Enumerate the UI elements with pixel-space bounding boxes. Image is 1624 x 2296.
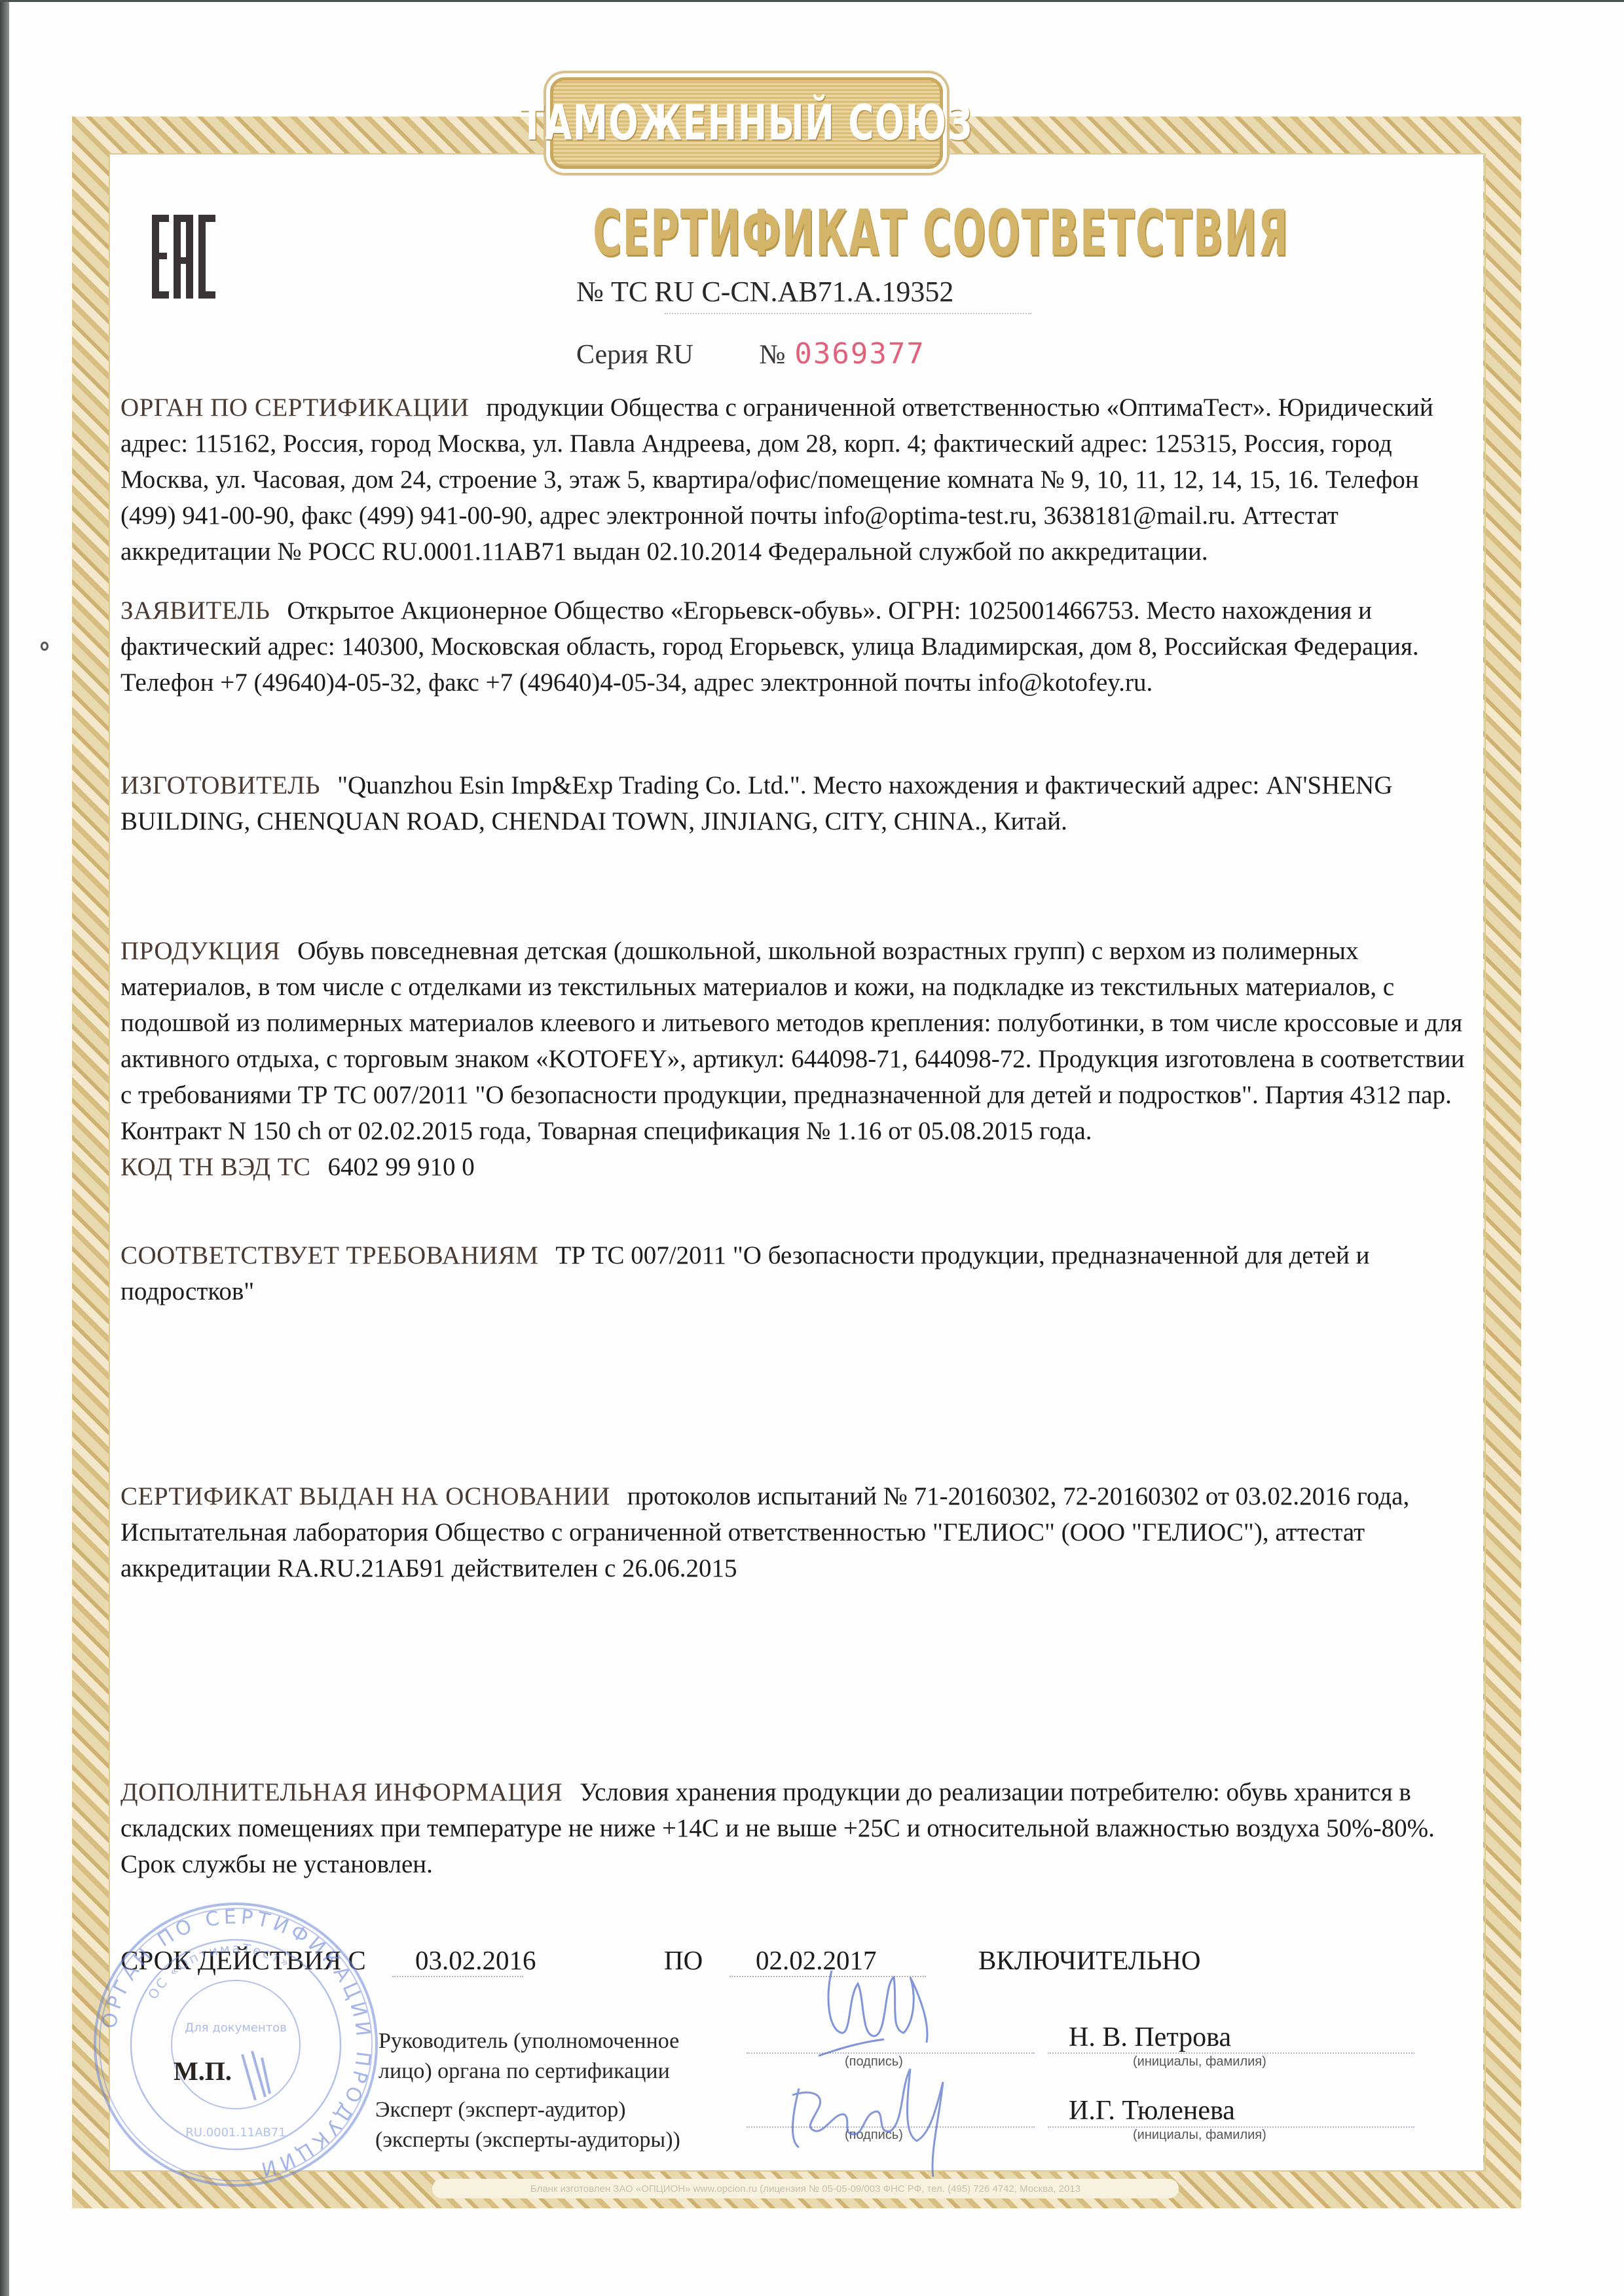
validity-date-to: 02.02.2017 bbox=[756, 1944, 877, 1976]
certificate-number: № ТСRU C-CN.AB71.A.19352 bbox=[576, 275, 953, 308]
scan-edge-top bbox=[0, 0, 1624, 2]
section-heading: ЗАЯВИТЕЛЬ bbox=[120, 596, 270, 625]
expert-role-line1: Эксперт (эксперт-аудитор) bbox=[375, 2095, 680, 2125]
eac-letter-e bbox=[152, 215, 168, 299]
section-certification-body: ОРГАН ПО СЕРТИФИКАЦИИпродукции Общества … bbox=[120, 390, 1476, 570]
validity-from-label: СРОК ДЕЙСТВИЯ С bbox=[120, 1944, 366, 1976]
expert-role-line2: (эксперты (эксперты-аудиторы)) bbox=[375, 2125, 680, 2155]
head-signature-line bbox=[747, 2052, 1035, 2054]
section-additional-info: ДОПОЛНИТЕЛЬНАЯ ИНФОРМАЦИЯУсловия хранени… bbox=[120, 1774, 1476, 1882]
head-name: Н. В. Петрова bbox=[1069, 2022, 1231, 2053]
validity-from-underline bbox=[392, 1976, 523, 1977]
validity-suffix: ВКЛЮЧИТЕЛЬНО bbox=[978, 1944, 1200, 1976]
certificate-number-value: RU C-CN.AB71.A.19352 bbox=[654, 276, 953, 308]
section-heading: КОД ТН ВЭД ТС bbox=[120, 1153, 311, 1181]
document-title: СЕРТИФИКАТ СООТВЕТСТВИЯ bbox=[593, 196, 1031, 270]
validity-date-from: 03.02.2016 bbox=[415, 1944, 536, 1976]
section-heading: ИЗГОТОВИТЕЛЬ bbox=[120, 771, 320, 799]
stamp-placeholder-label: М.П. bbox=[174, 2056, 232, 2086]
section-manufacturer: ИЗГОТОВИТЕЛЬ"Quanzhou Esin Imp&Exp Tradi… bbox=[120, 767, 1476, 839]
scan-edge-left bbox=[0, 0, 9, 2296]
certificate-number-underline bbox=[665, 313, 1031, 314]
section-text: Открытое Акционерное Общество «Егорьевск… bbox=[120, 596, 1419, 697]
section-text: 6402 99 910 0 bbox=[328, 1153, 475, 1181]
series-value: RU bbox=[655, 340, 693, 370]
series-label: Серия bbox=[576, 340, 648, 370]
printer-imprint: Бланк изготовлен ЗАО «ОПЦИОН» www.opcion… bbox=[432, 2179, 1179, 2198]
blank-series: Серия RU №0369377 bbox=[576, 337, 925, 371]
section-heading: СООТВЕТСТВУЕТ ТРЕБОВАНИЯМ bbox=[120, 1241, 538, 1269]
section-product: ПРОДУКЦИЯОбувь повседневная детская (дош… bbox=[120, 933, 1476, 1185]
head-role: Руководитель (уполномоченное лицо) орган… bbox=[378, 2026, 679, 2086]
section-compliance: СООТВЕТСТВУЕТ ТРЕБОВАНИЯМТР ТС 007/2011 … bbox=[120, 1237, 1476, 1309]
punch-mark bbox=[41, 642, 48, 651]
section-heading: ПРОДУКЦИЯ bbox=[120, 937, 280, 965]
section-basis: СЕРТИФИКАТ ВЫДАН НА ОСНОВАНИИпротоколов … bbox=[120, 1478, 1476, 1586]
head-name-caption: (инициалы, фамилия) bbox=[1133, 2054, 1266, 2069]
certificate-number-label: № ТС bbox=[576, 276, 648, 308]
section-heading: ДОПОЛНИТЕЛЬНАЯ ИНФОРМАЦИЯ bbox=[120, 1778, 563, 1806]
section-text: Обувь повседневная детская (дошкольной, … bbox=[120, 937, 1464, 1145]
section-heading: ОРГАН ПО СЕРТИФИКАЦИИ bbox=[120, 393, 469, 422]
head-role-line2: лицо) органа по сертификации bbox=[378, 2056, 679, 2086]
eac-letter-c bbox=[198, 215, 215, 299]
section-heading: СЕРТИФИКАТ ВЫДАН НА ОСНОВАНИИ bbox=[120, 1482, 610, 1510]
head-signature-caption: (подпись) bbox=[845, 2054, 903, 2069]
section-applicant: ЗАЯВИТЕЛЬОткрытое Акционерное Общество «… bbox=[120, 592, 1476, 701]
banner-text: ТАМОЖЕННЫЙ СОЮЗ bbox=[520, 95, 972, 151]
blank-number-label: № bbox=[759, 340, 785, 370]
blank-serial-number: 0369377 bbox=[794, 337, 925, 371]
validity-to-label: ПО bbox=[664, 1944, 703, 1976]
expert-role: Эксперт (эксперт-аудитор) (эксперты (экс… bbox=[375, 2095, 680, 2155]
validity-to-underline bbox=[729, 1976, 926, 1977]
customs-union-banner: ТАМОЖЕННЫЙ СОЮЗ bbox=[550, 77, 943, 169]
expert-name-caption: (инициалы, фамилия) bbox=[1133, 2128, 1266, 2143]
head-role-line1: Руководитель (уполномоченное bbox=[378, 2026, 679, 2056]
eac-letter-a bbox=[174, 215, 193, 299]
expert-signature-caption: (подпись) bbox=[845, 2128, 903, 2143]
eac-logo-icon bbox=[152, 215, 215, 299]
expert-name: И.Г. Тюленева bbox=[1069, 2095, 1235, 2126]
